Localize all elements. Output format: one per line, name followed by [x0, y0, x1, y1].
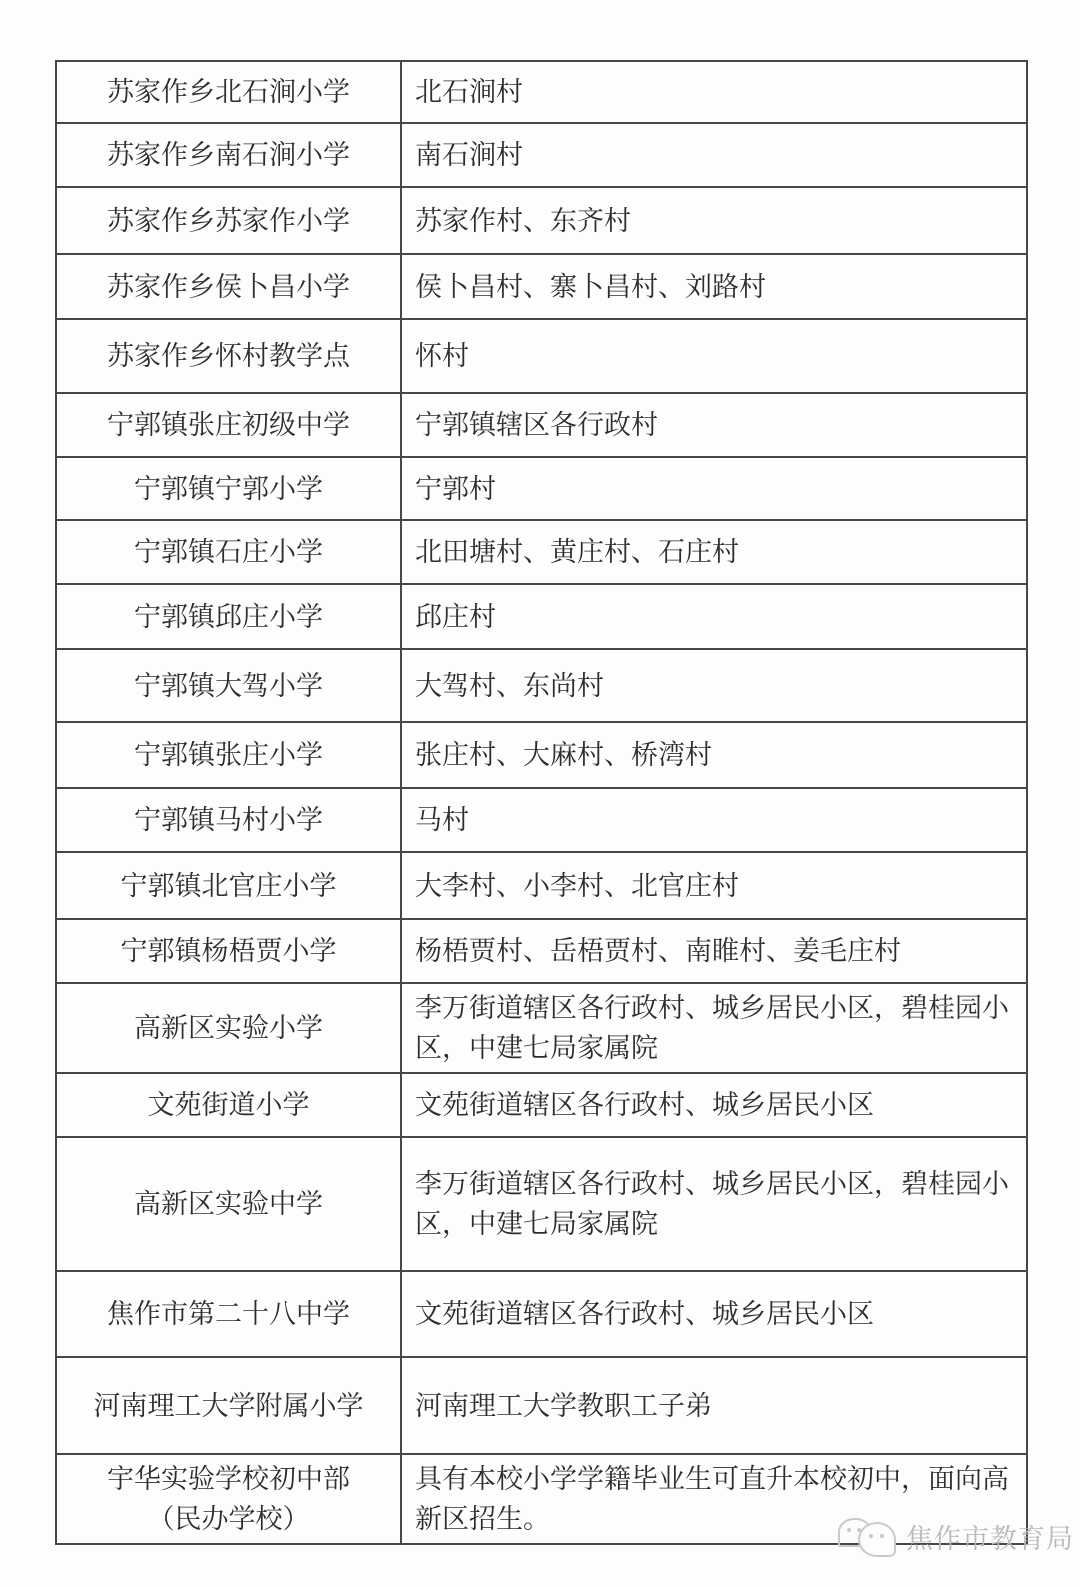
table-row: 宁郭镇马村小学 马村 [56, 788, 1027, 852]
watermark-label: 焦作市教育局 [906, 1517, 1074, 1556]
service-area-cell: 文苑街道辖区各行政村、城乡居民小区 [401, 1271, 1027, 1357]
wechat-bubbles-icon [836, 1512, 906, 1560]
table-row: 宁郭镇张庄初级中学 宁郭镇辖区各行政村 [56, 393, 1027, 457]
school-name-cell: 宁郭镇石庄小学 [56, 520, 401, 584]
table-row: 苏家作乡苏家作小学 苏家作村、东齐村 [56, 187, 1027, 254]
school-name-cell: 苏家作乡苏家作小学 [56, 187, 401, 254]
school-name-cell: 焦作市第二十八中学 [56, 1271, 401, 1357]
service-area-cell: 李万街道辖区各行政村、城乡居民小区，碧桂园小区，中建七局家属院 [401, 1137, 1027, 1271]
school-name-cell: 高新区实验小学 [56, 983, 401, 1073]
table-row: 苏家作乡北石涧小学 北石涧村 [56, 61, 1027, 123]
table-row: 高新区实验小学 李万街道辖区各行政村、城乡居民小区，碧桂园小区，中建七局家属院 [56, 983, 1027, 1073]
school-name-cell: 高新区实验中学 [56, 1137, 401, 1271]
service-area-cell: 苏家作村、东齐村 [401, 187, 1027, 254]
table-row: 焦作市第二十八中学 文苑街道辖区各行政村、城乡居民小区 [56, 1271, 1027, 1357]
table-row: 苏家作乡南石涧小学 南石涧村 [56, 123, 1027, 187]
table-row: 河南理工大学附属小学 河南理工大学教职工子弟 [56, 1357, 1027, 1454]
table-row: 高新区实验中学 李万街道辖区各行政村、城乡居民小区，碧桂园小区，中建七局家属院 [56, 1137, 1027, 1271]
service-area-cell: 宁郭村 [401, 457, 1027, 520]
service-area-cell: 北石涧村 [401, 61, 1027, 123]
table-row: 宁郭镇大驾小学 大驾村、东尚村 [56, 649, 1027, 722]
service-area-cell: 宁郭镇辖区各行政村 [401, 393, 1027, 457]
service-area-cell: 大李村、小李村、北官庄村 [401, 852, 1027, 919]
service-area-cell: 张庄村、大麻村、桥湾村 [401, 722, 1027, 788]
table-row: 宁郭镇邱庄小学 邱庄村 [56, 584, 1027, 649]
table-row: 文苑街道小学 文苑街道辖区各行政村、城乡居民小区 [56, 1073, 1027, 1137]
school-name-cell: 苏家作乡怀村教学点 [56, 319, 401, 393]
service-area-cell: 杨梧贾村、岳梧贾村、南睢村、姜毛庄村 [401, 919, 1027, 983]
service-area-cell: 河南理工大学教职工子弟 [401, 1357, 1027, 1454]
service-area-cell: 文苑街道辖区各行政村、城乡居民小区 [401, 1073, 1027, 1137]
school-name-cell: 文苑街道小学 [56, 1073, 401, 1137]
school-name-cell: 宁郭镇北官庄小学 [56, 852, 401, 919]
school-name-cell: 苏家作乡北石涧小学 [56, 61, 401, 123]
service-area-cell: 邱庄村 [401, 584, 1027, 649]
service-area-cell: 大驾村、东尚村 [401, 649, 1027, 722]
school-allocation-table: 苏家作乡北石涧小学 北石涧村 苏家作乡南石涧小学 南石涧村 苏家作乡苏家作小学 … [55, 60, 1028, 1545]
school-name-cell: 宁郭镇张庄小学 [56, 722, 401, 788]
school-name-cell: 宁郭镇马村小学 [56, 788, 401, 852]
service-area-cell: 侯卜昌村、寨卜昌村、刘路村 [401, 254, 1027, 319]
document-page: 苏家作乡北石涧小学 北石涧村 苏家作乡南石涧小学 南石涧村 苏家作乡苏家作小学 … [0, 0, 1080, 1587]
table-row: 宁郭镇张庄小学 张庄村、大麻村、桥湾村 [56, 722, 1027, 788]
school-name-cell: 宁郭镇邱庄小学 [56, 584, 401, 649]
table-row: 宁郭镇宁郭小学 宁郭村 [56, 457, 1027, 520]
table-row: 苏家作乡怀村教学点 怀村 [56, 319, 1027, 393]
service-area-cell: 马村 [401, 788, 1027, 852]
service-area-cell: 北田塘村、黄庄村、石庄村 [401, 520, 1027, 584]
school-name-cell: 苏家作乡侯卜昌小学 [56, 254, 401, 319]
school-name-cell: 河南理工大学附属小学 [56, 1357, 401, 1454]
school-name-cell: 宁郭镇宁郭小学 [56, 457, 401, 520]
school-name-cell: 宇华实验学校初中部 （民办学校） [56, 1454, 401, 1544]
service-area-cell: 怀村 [401, 319, 1027, 393]
table-row: 宁郭镇石庄小学 北田塘村、黄庄村、石庄村 [56, 520, 1027, 584]
speech-bubble-front-icon [858, 1522, 896, 1557]
school-name-cell: 苏家作乡南石涧小学 [56, 123, 401, 187]
service-area-cell: 李万街道辖区各行政村、城乡居民小区，碧桂园小区，中建七局家属院 [401, 983, 1027, 1073]
table-row: 苏家作乡侯卜昌小学 侯卜昌村、寨卜昌村、刘路村 [56, 254, 1027, 319]
table-row: 宁郭镇北官庄小学 大李村、小李村、北官庄村 [56, 852, 1027, 919]
school-name-cell: 宁郭镇杨梧贾小学 [56, 919, 401, 983]
school-name-cell: 宁郭镇张庄初级中学 [56, 393, 401, 457]
watermark: 焦作市教育局 [836, 1512, 1074, 1560]
school-name-cell: 宁郭镇大驾小学 [56, 649, 401, 722]
service-area-cell: 南石涧村 [401, 123, 1027, 187]
table-row: 宁郭镇杨梧贾小学 杨梧贾村、岳梧贾村、南睢村、姜毛庄村 [56, 919, 1027, 983]
